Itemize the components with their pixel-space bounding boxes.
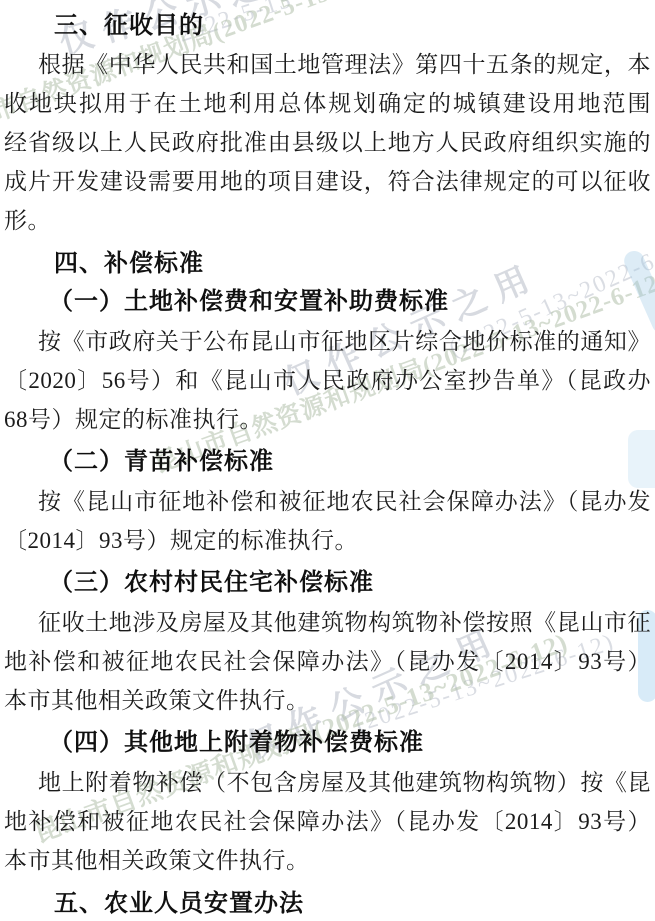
- subsection-heading: （四）其他地上附着物补偿费标准: [4, 724, 651, 763]
- body-line: 征收土地涉及房屋及其他建筑物构筑物补偿按照《昆山市征: [4, 603, 651, 642]
- body-line: 〔2020〕56号）和《昆山市人民政府办公室抄告单》（昆政办抄〔2020〕: [4, 361, 651, 400]
- body-line: 地补偿和被征地农民社会保障办法》（昆办发〔2014〕93号）以及: [4, 642, 651, 681]
- body-line: 成片开发建设需要用地的项目建设，符合法律规定的可以征收的情: [4, 162, 651, 201]
- body-line: 本市其他相关政策文件执行。: [4, 841, 651, 880]
- body-line: 经省级以上人民政府批准由县级以上地方人民政府组织实施的: [4, 123, 651, 162]
- section-heading: 五、农业人员安置办法: [4, 884, 651, 921]
- body-line: 本市其他相关政策文件执行。: [4, 681, 651, 720]
- body-line: 根据《中华人民共和国土地管理法》第四十五条的规定，本次征: [4, 45, 651, 84]
- body-line: 形。: [4, 201, 651, 240]
- body-line: 地上附着物补偿（不包含房屋及其他建筑物构筑物）按《昆山市征: [4, 763, 651, 802]
- scanned-document: { "colors": { "background": "#ffffff", "…: [0, 0, 655, 921]
- subsection-heading: （三）农村村民住宅补偿标准: [4, 564, 651, 603]
- body-line: 〔2014〕93号）规定的标准执行。: [4, 521, 651, 560]
- body-line: 68号）规定的标准执行。: [4, 400, 651, 439]
- subsection-heading: （一）土地补偿费和安置补助费标准: [4, 283, 651, 322]
- body-line: 地补偿和被征地农民社会保障办法》（昆办发〔2014〕93号）以及: [4, 802, 651, 841]
- body-line: 按《昆山市征地补偿和被征地农民社会保障办法》（昆办发: [4, 482, 651, 521]
- subsection-heading: （二）青苗补偿标准: [4, 443, 651, 482]
- section-heading: 四、补偿标准: [4, 244, 651, 283]
- document-page: 仅作公示之用2022-5-13~2022-6-12昆山市自然资源和规划局(202…: [0, 0, 655, 921]
- body-line: 按《市政府关于公布昆山市征地区片综合地价标准的通知》（昆政发: [4, 322, 651, 361]
- body-line: 收地块拟用于在土地利用总体规划确定的城镇建设用地范围内，: [4, 84, 651, 123]
- section-heading: 三、征收目的: [4, 6, 651, 45]
- document-body: 三、征收目的根据《中华人民共和国土地管理法》第四十五条的规定，本次征收地块拟用于…: [4, 6, 651, 921]
